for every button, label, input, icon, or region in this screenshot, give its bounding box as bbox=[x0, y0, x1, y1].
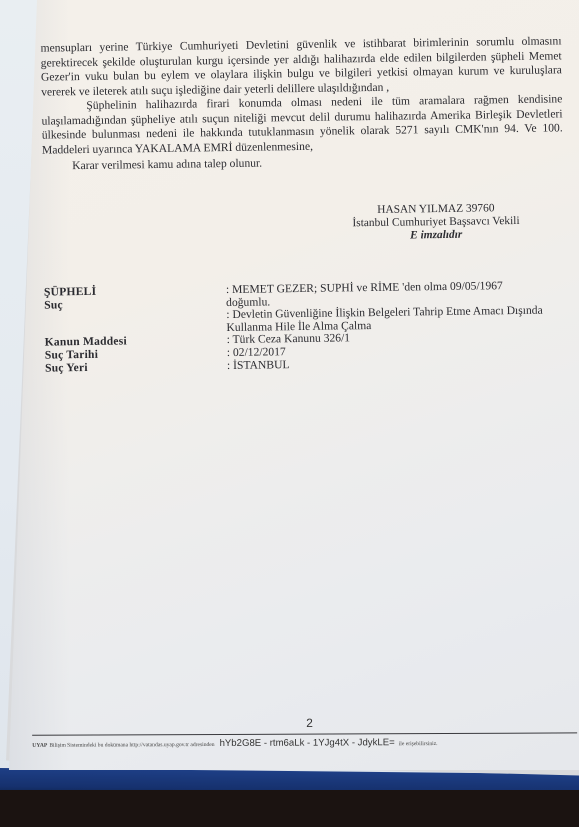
field-label-crime-place: Suç Yeri bbox=[45, 360, 227, 375]
document-body: mensupları yerine Türkiye Cumhuriyeti De… bbox=[40, 34, 563, 174]
paragraph-arrest-warrant: Şüphelinin halihazırda firari konumda ol… bbox=[41, 92, 563, 157]
footer-divider bbox=[32, 732, 577, 735]
page-footer: 2 UYAP Bilişim Sistemindeki bu dokümana … bbox=[32, 712, 577, 750]
footer-suffix-text: ile erişebilirsiniz. bbox=[399, 741, 438, 747]
case-details: ŞÜPHELİ : MEMET GEZER; SUPHİ ve RİME 'de… bbox=[44, 280, 545, 375]
verification-code: hYb2G8E - rtm6aLk - 1YJg4tX - JdykLE= bbox=[220, 737, 395, 749]
field-label-crime: Suç bbox=[44, 297, 227, 337]
desk-surface bbox=[0, 790, 579, 827]
page-content: mensupları yerine Türkiye Cumhuriyeti De… bbox=[0, 0, 579, 774]
field-value-crime-place: : İSTANBUL bbox=[227, 355, 545, 372]
field-value-crime: : Devletin Güvenliğine İlişkin Belgeleri… bbox=[226, 293, 544, 335]
page-number: 2 bbox=[32, 712, 577, 734]
signature-block: HASAN YILMAZ 39760 İstanbul Cumhuriyet B… bbox=[331, 202, 542, 244]
paragraph-continuation: mensupları yerine Türkiye Cumhuriyeti De… bbox=[40, 34, 562, 99]
footer-system-name: UYAP bbox=[32, 743, 47, 749]
footer-verification-line: UYAP Bilişim Sistemindeki bu dokümana ht… bbox=[32, 736, 577, 749]
footer-prefix-text: Bilişim Sistemindeki bu dokümana http://… bbox=[49, 742, 214, 749]
